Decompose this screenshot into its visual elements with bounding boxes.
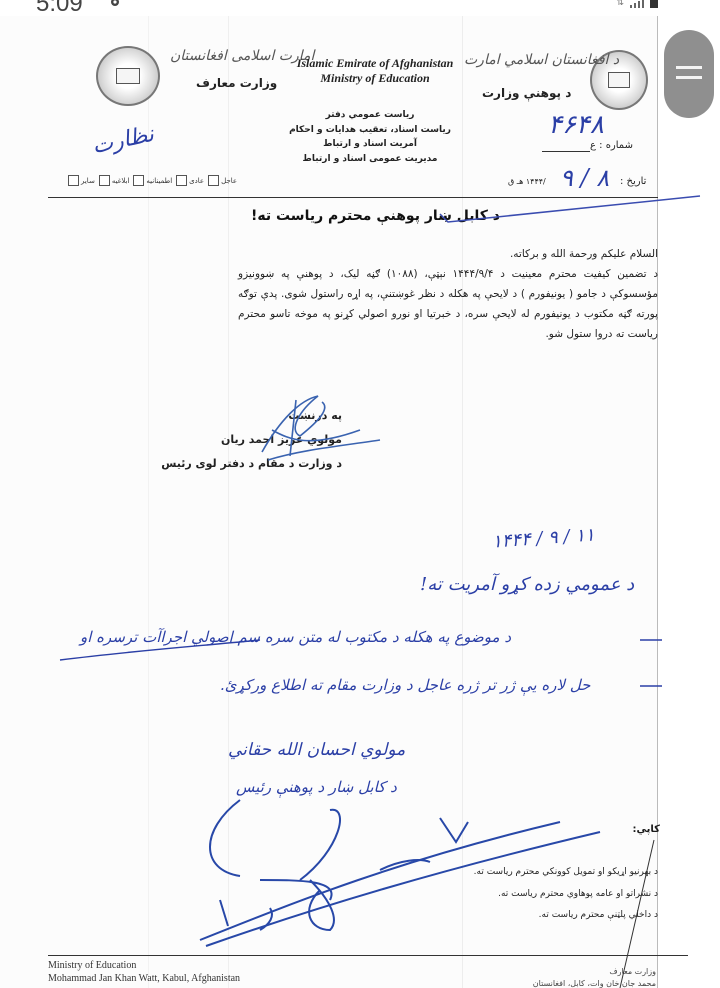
cc-item: د بهرنيو اړيکو او تمويل کوونکي محترم ريا… [358,862,658,884]
department-line: رياست اسناد، تعقيب هدايات و احكام [270,123,470,138]
checkbox-box[interactable] [68,175,79,186]
english-title-line1: Islamic Emirate of Afghanistan [290,56,460,71]
book-icon [608,72,630,89]
footer-english: Ministry of Education Mohammad Jan Khan … [48,959,240,985]
department-line: رياست عمومي دفتر [270,108,470,123]
checkbox-urgent[interactable]: عاجل [208,175,237,186]
letter-subject: د کابل ښار پوهنې محترم رياست ته! [251,208,500,224]
letter-body: السلام عليکم ورحمة الله و برکاته. د تضمي… [238,244,658,344]
checkbox-notification[interactable]: ابلاغیه [99,175,130,186]
handwritten-annotation-line3: حل لاره يې ژر تر ژره عاجل د وزارت مقام ت… [220,676,590,694]
english-title-line2: Ministry of Education [290,71,460,86]
checkbox-other[interactable]: سایر [68,175,95,186]
checkbox-normal[interactable]: عادی [176,175,204,186]
letterhead-left-ministry: وزارت معارف [196,76,277,90]
priority-checkboxes: عاجل عادی اطمینانیه ابلاغیه سایر [68,175,237,186]
department-list: رياست عمومي دفتر رياست اسناد، تعقيب هداي… [270,108,470,166]
floating-menu-button[interactable] [664,30,714,118]
ministry-education-logo [96,46,160,106]
footer-english-line1: Ministry of Education [48,959,240,972]
date-label: تاریخ : [620,176,646,187]
letterhead-english: Islamic Emirate of Afghanistan Ministry … [290,56,460,86]
status-bar: 5:09 ⇅ [0,0,720,16]
handwritten-date: ۸ / ۹ [560,164,609,192]
battery-icon [650,0,658,8]
checkbox-label: عاجل [221,177,237,185]
reference-number-underline [542,151,590,152]
book-icon [116,68,140,85]
checkbox-label: اطمینانیه [146,177,172,185]
header-divider [48,197,658,198]
checkbox-confirmation[interactable]: اطمینانیه [133,175,172,186]
reference-number-label: شماره : ع [590,140,633,151]
checkbox-box[interactable] [133,175,144,186]
footer-dari: وزارت معارف محمد جان خان وات، کابل، افغا… [533,966,656,988]
settings-gear-icon [108,0,122,8]
cc-item: د داخلي پلټنې محترم رياست ته. [358,905,658,927]
date-printed: /۱۴۴۴ هـ ق [508,177,546,186]
checkbox-label: عادی [189,177,204,185]
handwritten-signer-title: د کابل ښار د پوهنې رئيس [236,778,397,796]
menu-icon [676,66,702,69]
cc-item: د نشراتو او عامه پوهاوي محترم رياست ته. [358,884,658,906]
checkbox-box[interactable] [208,175,219,186]
letter-paragraph: د تضمين کيفيت محترم معينيت د ۱۴۴۴/۹/۴ نې… [238,264,658,344]
data-arrows-icon: ⇅ [616,0,624,8]
checkbox-box[interactable] [176,175,187,186]
handwritten-annotation-line1: د عمومي زده کړو آمريت ته! [420,574,634,595]
signatory-title: د وزارت د مقام د دفتر لوی رئيس [161,452,342,476]
cc-list: د بهرنيو اړيکو او تمويل کوونکي محترم ريا… [358,862,658,927]
handwritten-annotation-line2: د موضوع په هکله د مکتوب له متن سره سم اص… [80,628,511,646]
signature-block: په درنښت مولوي عزيز احمد ريان د وزارت د … [161,404,342,476]
footer-dari-line1: وزارت معارف [533,966,656,978]
footer-dari-line2: محمد جان خان وات، کابل، افغانستان [533,978,656,988]
paper-fold [148,16,149,988]
footer-english-line2: Mohammad Jan Khan Watt, Kabul, Afghanist… [48,972,240,985]
checkbox-label: سایر [81,177,95,185]
paper-fold [228,16,229,988]
checkbox-label: ابلاغیه [112,177,130,185]
letter-greeting: السلام عليکم ورحمة الله و برکاته. [238,244,658,264]
cc-label: کاپي: [633,824,660,835]
letterhead-right-ministry: د پوهنې وزارت [482,86,571,100]
handwritten-reference-number: ۴۶۴۸ [548,110,604,140]
status-icons: ⇅ [616,0,658,8]
footer-divider [48,955,688,956]
department-line: آمریت اسناد و ارتباط [270,137,470,152]
menu-icon-line [676,76,702,79]
signal-bars-icon [630,0,644,8]
letterhead-right-calligraphy: د افغانستان اسلامي امارت [464,52,619,68]
checkbox-box[interactable] [99,175,110,186]
handwritten-signer-name: مولوي احسان الله حقاني [228,740,405,760]
department-line: مدیریت عمومی اسناد و ارتباط [270,152,470,167]
letter-closing: په درنښت [161,404,342,428]
signatory-name: مولوي عزيز احمد ريان [161,428,342,452]
